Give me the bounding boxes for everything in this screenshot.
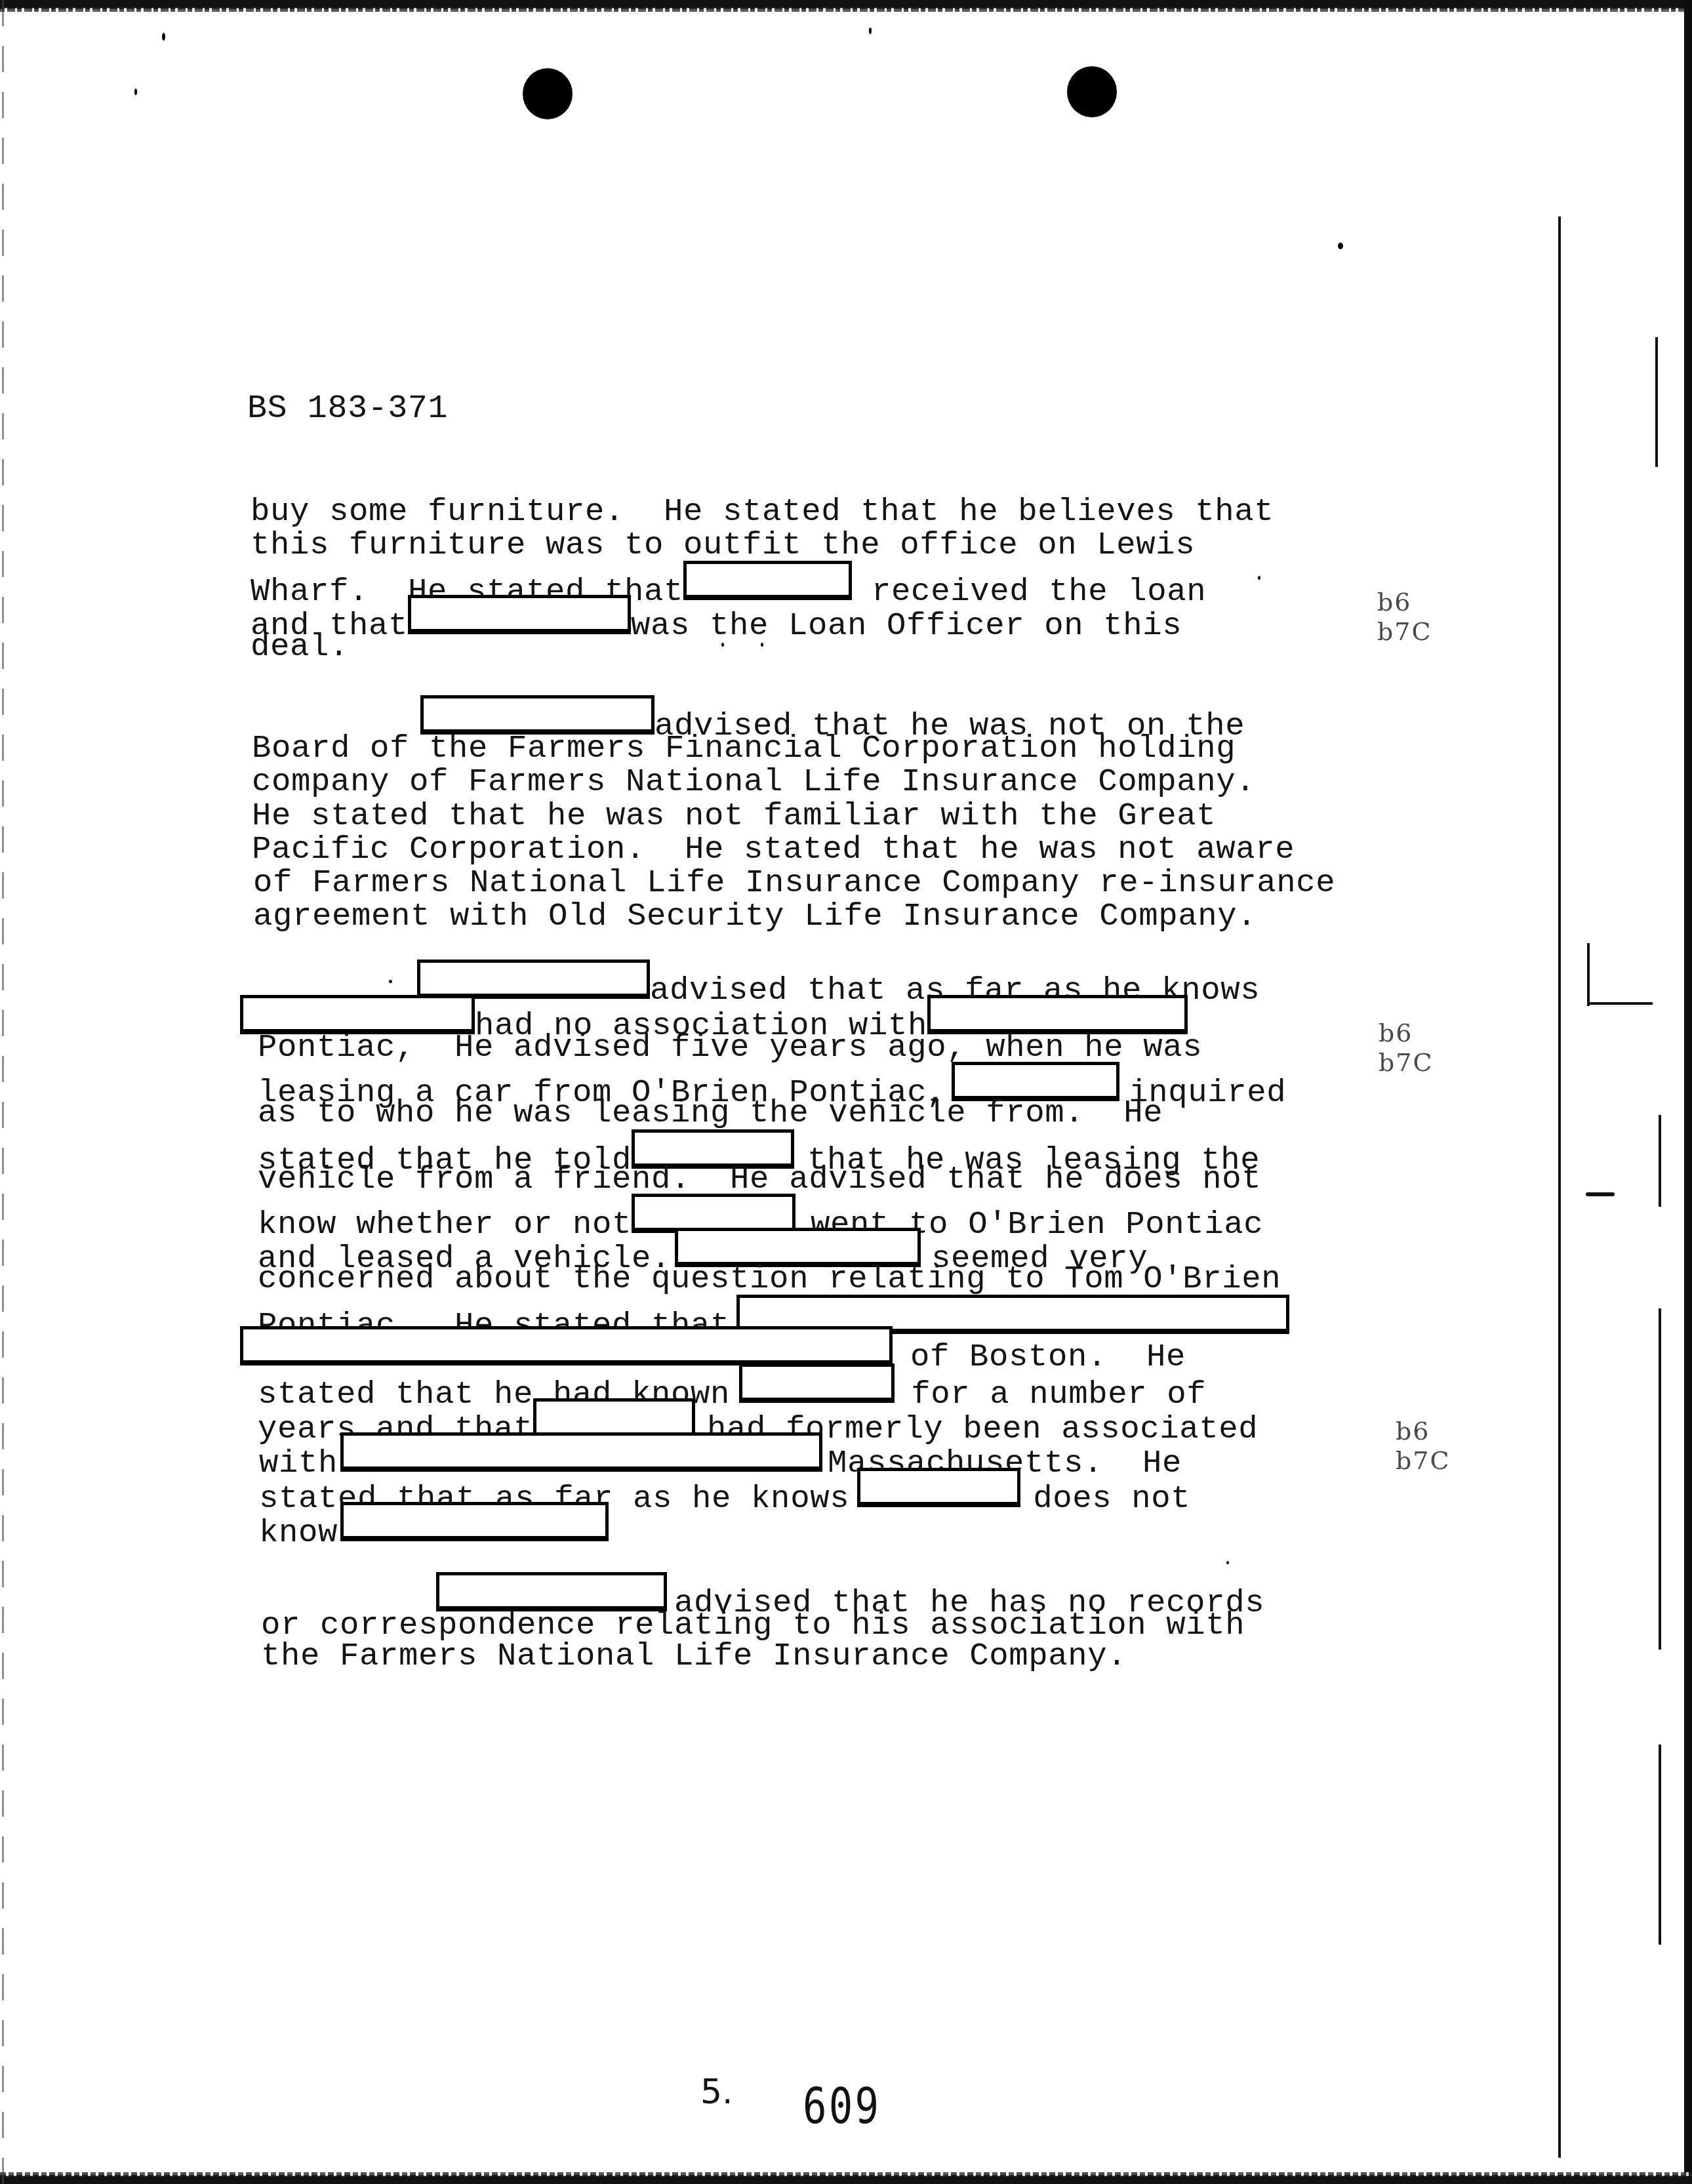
exemption-code: b7C: [1396, 1446, 1451, 1476]
p3-line: vehicle from a friend. He advised that h…: [258, 1161, 1261, 1198]
page-number: 5.: [700, 2073, 733, 2112]
exemption-code: b7C: [1377, 617, 1432, 647]
p3-line: advised that as far as he knows: [417, 960, 1260, 996]
p2-line: Board of the Farmers Financial Corporati…: [252, 730, 1236, 767]
redaction-box: [408, 595, 631, 634]
punch-hole-left: [523, 68, 573, 119]
scan-speck: [134, 89, 137, 95]
margin-mark: [1659, 1745, 1661, 1945]
p3-line: know: [259, 1502, 609, 1539]
p3-line: withMassachusetts. He: [259, 1432, 1182, 1469]
redaction-box: [739, 1364, 895, 1403]
p2-line: advised that he was not on the: [420, 695, 1245, 732]
p3-line: stated that as far as he knowsdoes not: [259, 1468, 1190, 1505]
redaction-box: [340, 1432, 822, 1472]
margin-mark: [1655, 337, 1658, 467]
p2-line: of Farmers National Life Insurance Compa…: [253, 864, 1335, 901]
margin-bracket-horizontal: [1587, 1002, 1653, 1005]
margin-mark: [1659, 1308, 1661, 1649]
redaction-box: [632, 1194, 796, 1233]
p1-line: Wharf. He stated that received the loan: [251, 561, 1206, 597]
exemption-code: b6: [1377, 588, 1432, 617]
p1-line: and thatwas the Loan Officer on this: [251, 595, 1182, 632]
p2-line: Pacific Corporation. He stated that he w…: [252, 831, 1295, 868]
redaction-box: [420, 695, 655, 735]
margin-mark: [1659, 1115, 1661, 1207]
p3-line: stated that he had knownfor a number of: [258, 1364, 1206, 1400]
p3-line: know whether or notwent to O'Brien Ponti…: [258, 1194, 1263, 1230]
file-reference: BS 183-371: [247, 391, 448, 428]
text-segment: was the Loan Officer on this: [631, 607, 1182, 644]
redaction-box: [240, 1326, 893, 1365]
exemption-code-group: b6 b7C: [1396, 1417, 1451, 1476]
p3-line: had no association with: [240, 995, 1188, 1032]
scan-speck: [162, 33, 165, 41]
bates-number: 609: [803, 2080, 881, 2133]
p2-line: company of Farmers National Life Insuran…: [252, 763, 1255, 800]
p4-line: the Farmers National Life Insurance Comp…: [261, 1638, 1127, 1674]
p2-line: He stated that he was not familiar with …: [252, 798, 1216, 834]
p1-line: buy some furniture. He stated that he be…: [251, 493, 1274, 530]
redaction-box: [240, 995, 475, 1034]
margin-bracket-vertical: [1587, 943, 1590, 1006]
scan-speck: [1226, 1561, 1229, 1564]
scanned-document-page: BS 183-371 buy some furniture. He stated…: [0, 0, 1692, 2184]
p4-line: advised that he has no records: [436, 1572, 1264, 1609]
p3-line: as to who he was leasing the vehicle fro…: [258, 1095, 1163, 1131]
p3-line: leasing a car from O'Brien Pontiac,inqui…: [258, 1062, 1286, 1099]
scan-speck: [389, 980, 392, 983]
exemption-code: b7C: [1379, 1048, 1434, 1078]
redaction-box: [533, 1398, 695, 1438]
p1-line: deal.: [251, 628, 349, 665]
redaction-box: [857, 1468, 1020, 1507]
margin-rule: [1558, 216, 1561, 2158]
scan-speck: [869, 28, 872, 34]
punch-hole-right: [1067, 66, 1117, 117]
scan-edge-top-fringe: [0, 8, 1692, 12]
scan-edge-right: [1684, 0, 1692, 2184]
p3-line: concerned about the question relating to…: [258, 1261, 1281, 1297]
scan-speck: [1258, 576, 1260, 580]
text-segment: does not: [1033, 1480, 1190, 1517]
margin-hook: [1586, 1192, 1615, 1196]
p3-line: years and thathad formerly been associat…: [258, 1398, 1258, 1435]
exemption-code-group: b6 b7C: [1379, 1019, 1434, 1078]
redaction-box: [436, 1572, 667, 1611]
scan-edge-left: [2, 0, 4, 2184]
scan-edge-bottom: [0, 2175, 1692, 2184]
scan-speck: [1338, 243, 1343, 249]
p3-line: and leased a vehicle.seemed very: [258, 1228, 1148, 1264]
p3-line: Pontiac, He advised five years ago, when…: [258, 1029, 1202, 1066]
redaction-box: [340, 1502, 609, 1541]
p3-line: of Boston. He: [240, 1326, 1186, 1363]
text-segment: know: [259, 1514, 338, 1551]
p1-line: this furniture was to outfit the office …: [251, 527, 1195, 563]
redaction-box: [927, 995, 1188, 1034]
exemption-code: b6: [1379, 1019, 1434, 1048]
scan-edge-bottom-fringe: [0, 2172, 1692, 2176]
redaction-box: [683, 561, 852, 600]
p2-line: agreement with Old Security Life Insuran…: [253, 898, 1257, 935]
exemption-code-group: b6 b7C: [1377, 588, 1432, 647]
redaction-box: [417, 960, 650, 999]
exemption-code: b6: [1396, 1417, 1451, 1446]
